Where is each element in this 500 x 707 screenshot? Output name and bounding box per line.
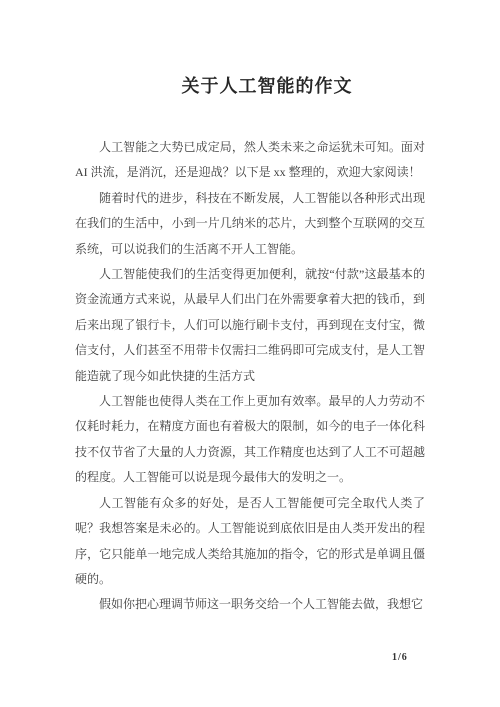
- essay-paragraph: 随着时代的进步，科技在不断发展，人工智能以各种形式出现在我们的生活中，小到一片几…: [75, 186, 425, 262]
- essay-paragraph: 人工智能使我们的生活变得更加便利，就按“付款”这最基本的资金流通方式来说，从最早…: [75, 262, 425, 389]
- essay-title: 关于人工智能的作文: [0, 72, 500, 98]
- document-page: 关于人工智能的作文 人工智能之大势已成定局，然人类未来之命运犹未可知。面对 AI…: [0, 0, 500, 707]
- essay-paragraph: 人工智能也使得人类在工作上更加有效率。最早的人力劳动不仅耗时耗力，在精度方面也有…: [75, 389, 425, 491]
- essay-paragraph: 人工智能有众多的好处，是否人工智能便可完全取代人类了呢？我想答案是未必的。人工智…: [75, 491, 425, 593]
- page-number: 1/6: [392, 652, 408, 663]
- essay-body: 人工智能之大势已成定局，然人类未来之命运犹未可知。面对 AI 洪流，是消沉，还是…: [75, 135, 425, 618]
- essay-paragraph: 人工智能之大势已成定局，然人类未来之命运犹未可知。面对 AI 洪流，是消沉，还是…: [75, 135, 425, 186]
- essay-paragraph: 假如你把心理调节师这一职务交给一个人工智能去做，我想它: [75, 592, 425, 617]
